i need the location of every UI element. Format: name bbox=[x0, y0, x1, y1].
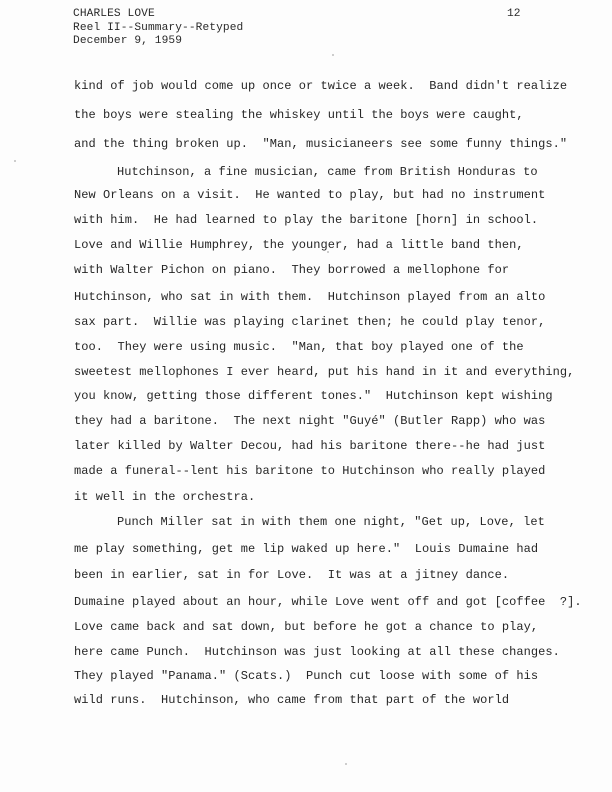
body-line: Love and Willie Humphrey, the younger, h… bbox=[74, 238, 524, 252]
body-line: kind of job would come up once or twice … bbox=[74, 79, 567, 93]
body-line: with him. He had learned to play the bar… bbox=[74, 213, 538, 227]
body-line: with Walter Pichon on piano. They borrow… bbox=[74, 263, 509, 277]
body-line: wild runs. Hutchinson, who came from tha… bbox=[74, 693, 509, 707]
body-line: too. They were using music. "Man, that b… bbox=[74, 340, 524, 354]
scan-speck bbox=[327, 251, 329, 253]
body-line: Love came back and sat down, but before … bbox=[74, 620, 538, 634]
header-name: CHARLES LOVE bbox=[73, 8, 155, 22]
scan-speck bbox=[345, 763, 347, 765]
page-number: 12 bbox=[507, 8, 520, 20]
scan-speck bbox=[332, 54, 334, 56]
body-line: they had a baritone. The next night "Guy… bbox=[74, 414, 545, 428]
body-line: made a funeral--lent his baritone to Hut… bbox=[74, 464, 545, 478]
body-line: you know, getting those different tones.… bbox=[74, 389, 553, 403]
body-line: me play something, get me lip waked up h… bbox=[74, 542, 538, 556]
body-line: sweetest mellophones I ever heard, put h… bbox=[74, 365, 574, 379]
body-line: and the thing broken up. "Man, musiciane… bbox=[74, 137, 567, 151]
header-date: December 9, 1959 bbox=[73, 35, 182, 49]
body-line: Dumaine played about an hour, while Love… bbox=[74, 595, 582, 609]
body-line: the boys were stealing the whiskey until… bbox=[74, 108, 524, 122]
body-line: been in earlier, sat in for Love. It was… bbox=[74, 568, 509, 582]
body-line: New Orleans on a visit. He wanted to pla… bbox=[74, 188, 545, 202]
body-line: Hutchinson, a fine musician, came from B… bbox=[117, 165, 538, 179]
header-reel: Reel II--Summary--Retyped bbox=[73, 22, 243, 36]
body-line: it well in the orchestra. bbox=[74, 490, 255, 504]
body-line: Hutchinson, who sat in with them. Hutchi… bbox=[74, 290, 545, 304]
scan-speck bbox=[14, 160, 16, 162]
body-line: Punch Miller sat in with them one night,… bbox=[117, 515, 545, 529]
document-page: CHARLES LOVE Reel II--Summary--Retyped D… bbox=[0, 0, 612, 792]
body-line: They played "Panama." (Scats.) Punch cut… bbox=[74, 669, 538, 683]
body-line: here came Punch. Hutchinson was just loo… bbox=[74, 645, 560, 659]
body-line: sax part. Willie was playing clarinet th… bbox=[74, 315, 545, 329]
body-line: later killed by Walter Decou, had his ba… bbox=[74, 439, 545, 453]
